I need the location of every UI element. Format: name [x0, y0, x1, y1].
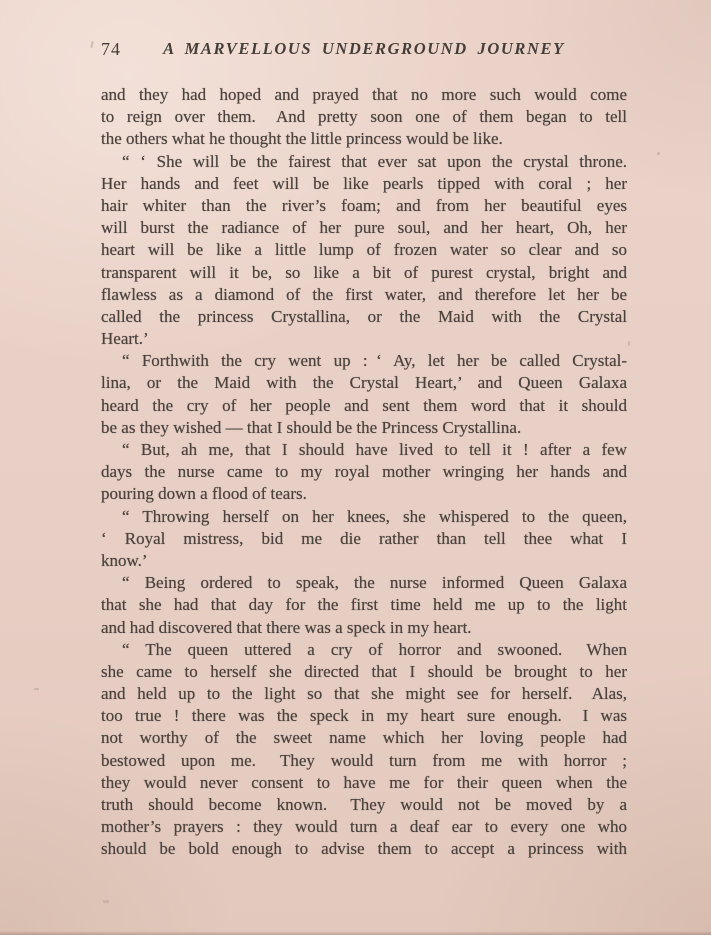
text-line: “ Throwing herself on her knees, she whi… [101, 506, 627, 528]
text-line: hair whiter than the river’s foam; and f… [101, 195, 627, 217]
text-line: days the nurse came to my royal mother w… [101, 461, 627, 483]
scan-speck [628, 341, 631, 346]
text-line: “ Being ordered to speak, the nurse info… [101, 572, 627, 594]
text-line: too true ! there was the speck in my hea… [101, 705, 627, 727]
text-line: lina, or the Maid with the Crystal Heart… [101, 372, 627, 394]
scan-speck [34, 688, 39, 690]
paragraph: “ Forthwith the cry went up : ‘ Ay, let … [101, 350, 627, 439]
text-line: the others what he thought the little pr… [101, 128, 627, 150]
scan-speck [90, 41, 93, 48]
text-line: should be bold enough to advise them to … [101, 838, 627, 860]
text-line: she came to herself she directed that I … [101, 661, 627, 683]
text-line: be as they wished — that I should be the… [101, 417, 627, 439]
text-line: and they had hoped and prayed that no mo… [101, 84, 627, 106]
text-line: mother’s prayers : they would turn a dea… [101, 816, 627, 838]
text-line: know.’ [101, 550, 627, 572]
text-line: pouring down a flood of tears. [101, 483, 627, 505]
text-line: “ Forthwith the cry went up : ‘ Ay, let … [101, 350, 627, 372]
text-line: Heart.’ [101, 328, 627, 350]
paragraph: “ But, ah me, that I should have lived t… [101, 439, 627, 506]
paragraph: and they had hoped and prayed that no mo… [101, 84, 627, 151]
scan-speck [103, 900, 109, 903]
text-line: not worthy of the sweet name which her l… [101, 727, 627, 749]
text-line: truth should become known. They would no… [101, 794, 627, 816]
paragraph: “ The queen uttered a cry of horror and … [101, 639, 627, 861]
body-text: and they had hoped and prayed that no mo… [101, 84, 627, 861]
running-title: A MARVELLOUS UNDERGROUND JOURNEY [101, 39, 627, 59]
text-line: that she had that day for the first time… [101, 594, 627, 616]
text-line: heart will be like a little lump of froz… [101, 239, 627, 261]
paragraph: “ ‘ She will be the fairest that ever sa… [101, 151, 627, 351]
text-line: “ But, ah me, that I should have lived t… [101, 439, 627, 461]
scan-speck [657, 152, 660, 155]
text-line: to reign over them. And pretty soon one … [101, 106, 627, 128]
text-line: they would never consent to have me for … [101, 772, 627, 794]
text-line: called the princess Crystallina, or the … [101, 306, 627, 328]
text-line: flawless as a diamond of the first water… [101, 284, 627, 306]
text-line: bestowed upon me. They would turn from m… [101, 750, 627, 772]
book-page-scan: 74 A MARVELLOUS UNDERGROUND JOURNEY and … [0, 0, 711, 935]
text-line: heard the cry of her people and sent the… [101, 395, 627, 417]
page-header: 74 A MARVELLOUS UNDERGROUND JOURNEY [101, 39, 627, 61]
text-line: Her hands and feet will be like pearls t… [101, 173, 627, 195]
paragraph: “ Throwing herself on her knees, she whi… [101, 506, 627, 573]
page-bottom-edge-shadow [0, 931, 711, 935]
paragraph: “ Being ordered to speak, the nurse info… [101, 572, 627, 639]
text-line: “ ‘ She will be the fairest that ever sa… [101, 151, 627, 173]
text-line: will burst the radiance of her pure soul… [101, 217, 627, 239]
text-line: “ The queen uttered a cry of horror and … [101, 639, 627, 661]
text-line: transparent will it be, so like a bit of… [101, 262, 627, 284]
text-line: and held up to the light so that she mig… [101, 683, 627, 705]
text-line: ‘ Royal mistress, bid me die rather than… [101, 528, 627, 550]
text-line: and had discovered that there was a spec… [101, 617, 627, 639]
